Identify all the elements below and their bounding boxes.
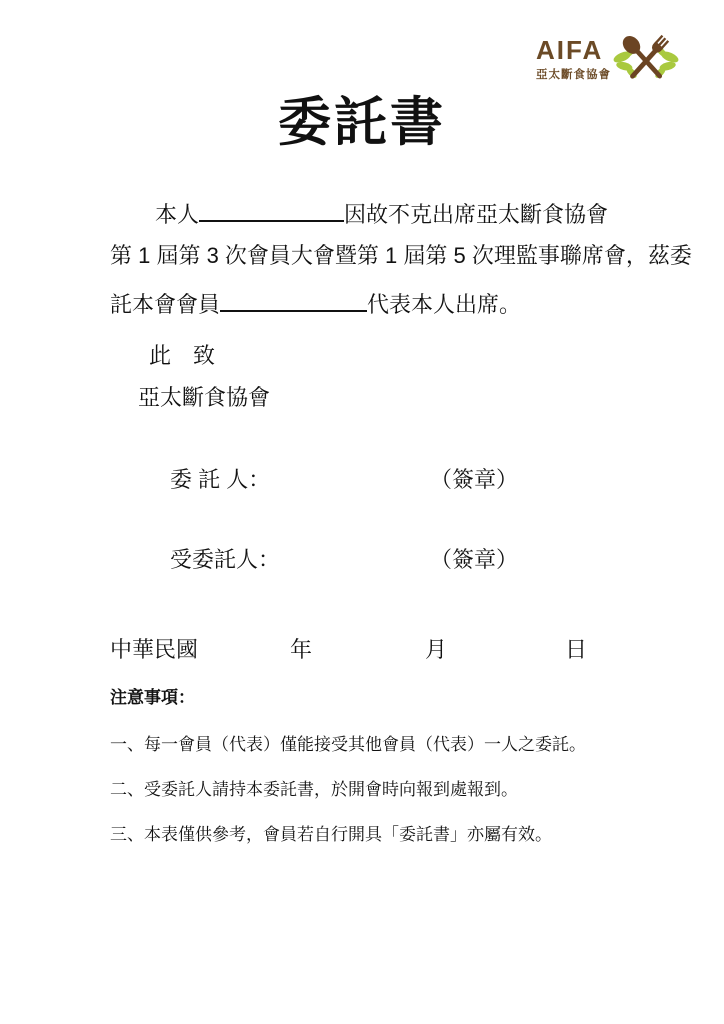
notes-heading: 注意事項： (110, 683, 195, 708)
spoon-fork-leaves-icon (613, 26, 679, 92)
principal-seal-label: （簽章） (430, 463, 518, 494)
body-line1-post: 因故不克出席亞太斷食協會 (344, 202, 608, 227)
proxy-name-blank (220, 286, 367, 312)
proxy-label: 受委託人： (170, 543, 280, 574)
salutation-org: 亞太斷食協會 (138, 381, 270, 412)
body-line-1: 本人因故不克出席亞太斷食協會 (155, 196, 608, 230)
principal-label: 委 託 人： (170, 463, 270, 494)
body-line3-pre: 託本會會員 (110, 292, 220, 317)
logo-text-block: AIFA 亞太斷食協會 (536, 36, 611, 83)
body-line1-pre: 本人 (155, 202, 199, 227)
page-title: 委託書 (0, 94, 724, 152)
body-line3-post: 代表本人出席。 (367, 292, 521, 317)
date-year-label: 年 (290, 633, 312, 664)
logo-subtitle-text: 亞太斷食協會 (536, 66, 611, 82)
body-line-3: 託本會會員代表本人出席。 (110, 286, 521, 320)
aifa-logo: AIFA 亞太斷食協會 (536, 26, 679, 92)
salutation-to: 此 致 (149, 339, 215, 370)
proxy-form-document: AIFA 亞太斷食協會 (0, 0, 724, 1024)
proxy-seal-label: （簽章） (430, 543, 518, 574)
note-item-2: 二、受委託人請持本委託書，於開會時向報到處報到。 (110, 775, 518, 800)
body-line-2: 第 1 屆第 3 次會員大會暨第 1 屆第 5 次理監事聯席會，茲委 (110, 241, 692, 271)
date-month-label: 月 (425, 633, 447, 664)
note-item-3: 三、本表僅供參考，會員若自行開具「委託書」亦屬有效。 (110, 820, 552, 845)
date-day-label: 日 (565, 633, 587, 664)
logo-brand-text: AIFA (536, 36, 603, 65)
date-era: 中華民國 (110, 633, 198, 664)
note-item-1: 一、每一會員（代表）僅能接受其他會員（代表）一人之委託。 (110, 730, 586, 755)
principal-name-blank (199, 196, 344, 222)
